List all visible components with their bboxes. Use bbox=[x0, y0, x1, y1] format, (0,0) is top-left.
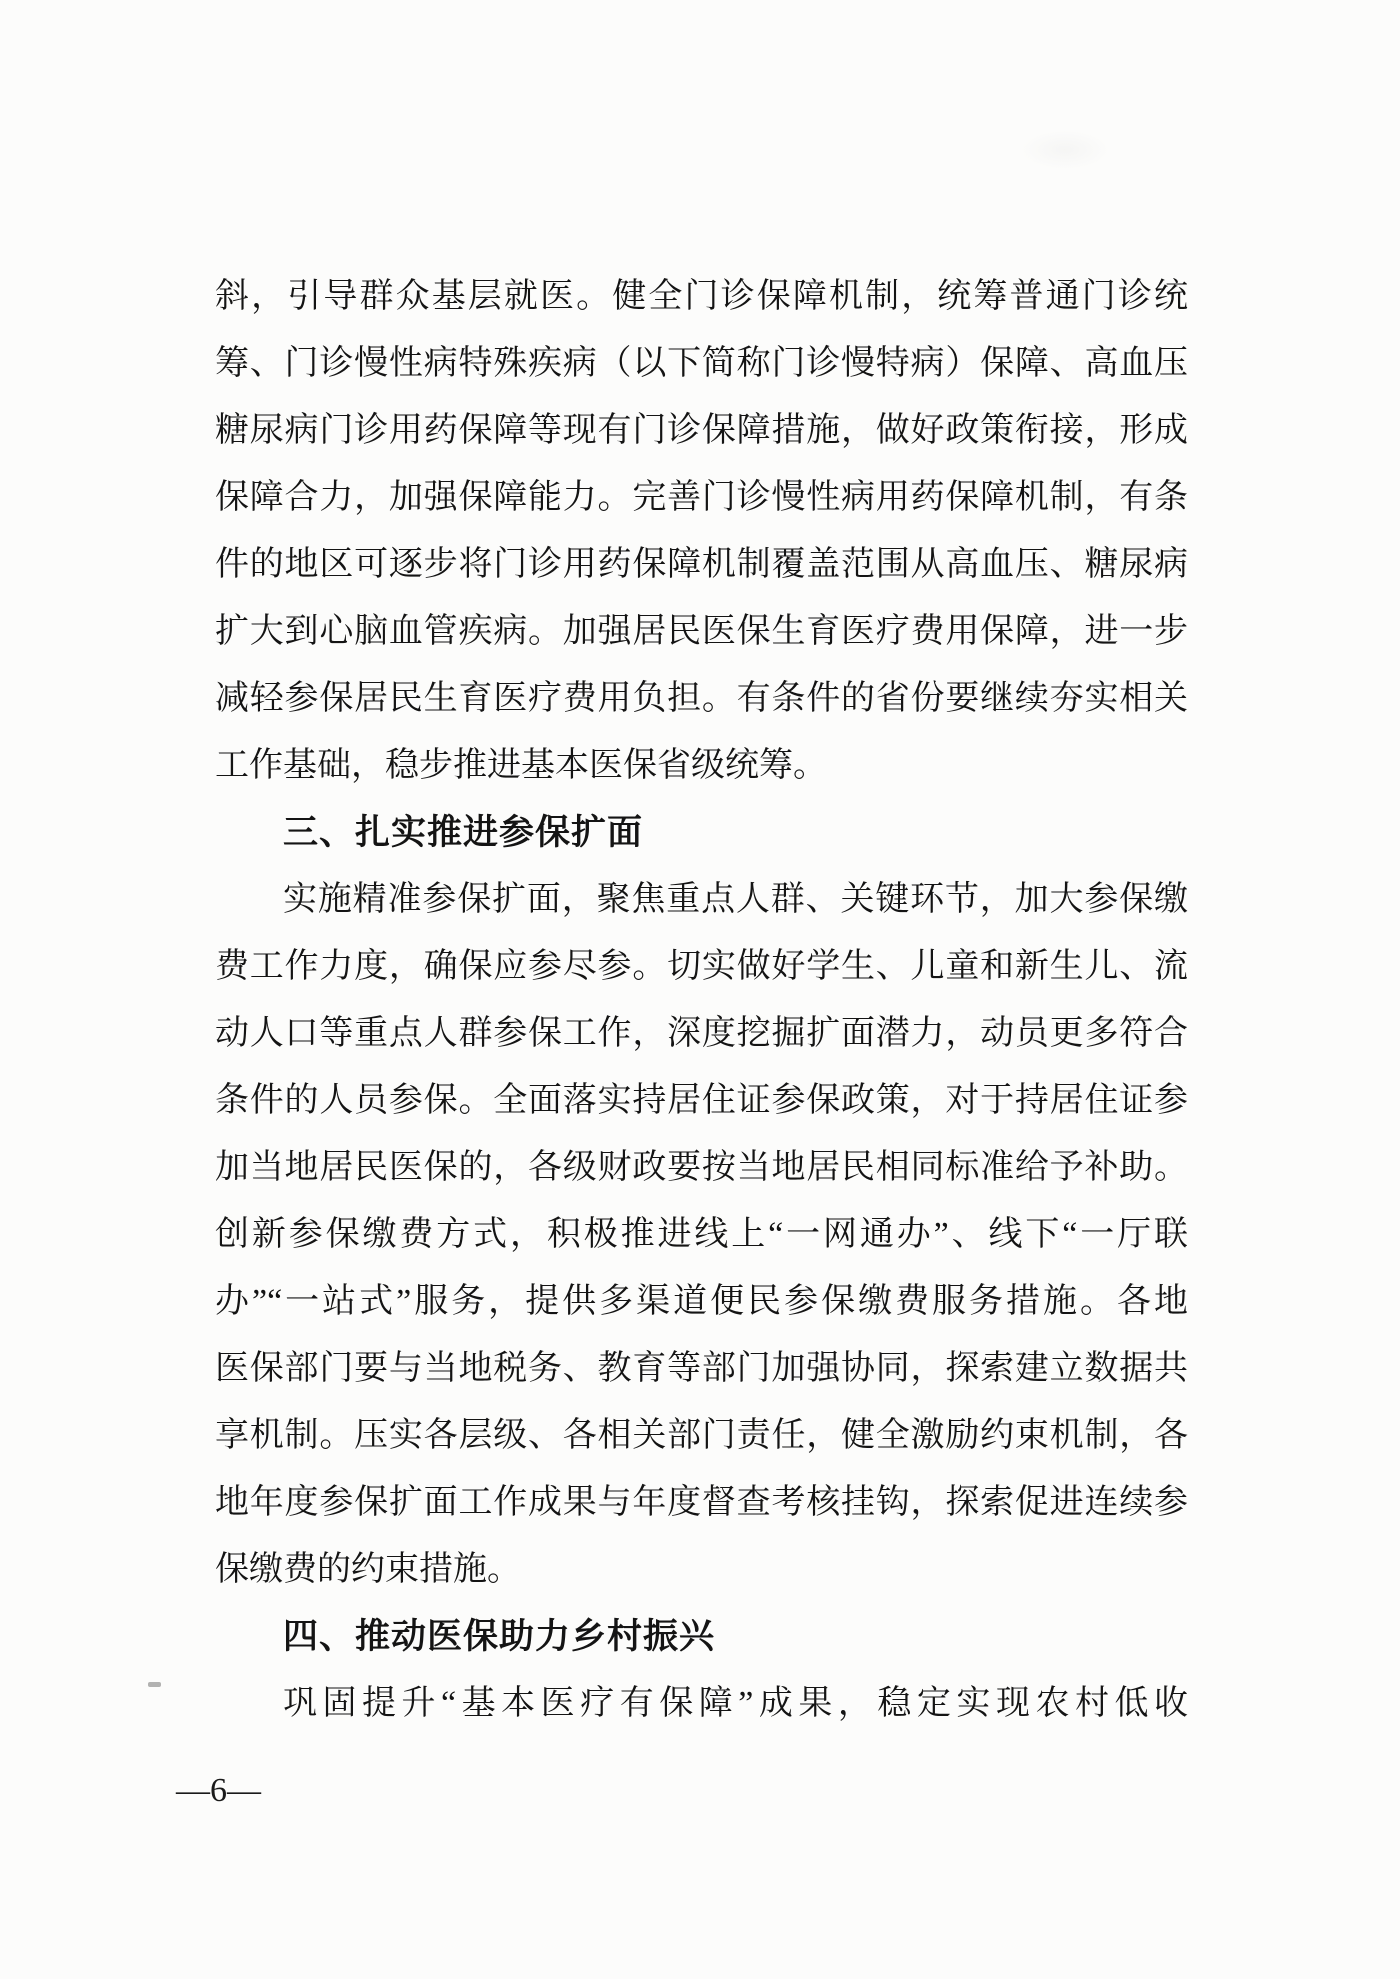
section-heading: 四、推动医保助力乡村振兴 bbox=[215, 1603, 1188, 1670]
body-text-line: 地年度参保扩面工作成果与年度督查考核挂钩，探索促进连续参 bbox=[215, 1469, 1188, 1536]
body-text-line: 扩大到心脑血管疾病。加强居民医保生育医疗费用保障，进一步 bbox=[215, 598, 1188, 665]
body-text-line: 享机制。压实各层级、各相关部门责任，健全激励约束机制，各 bbox=[215, 1402, 1188, 1469]
body-text-line: 糖尿病门诊用药保障等现有门诊保障措施，做好政策衔接，形成 bbox=[215, 397, 1188, 464]
body-text-line: 减轻参保居民生育医疗费用负担。有条件的省份要继续夯实相关 bbox=[215, 665, 1188, 732]
scanned-document-page: 斜，引导群众基层就医。健全门诊保障机制，统筹普通门诊统筹、门诊慢性病特殊疾病（以… bbox=[0, 0, 1400, 1979]
body-text-line: 斜，引导群众基层就医。健全门诊保障机制，统筹普通门诊统 bbox=[215, 263, 1188, 330]
body-text-line: 办”“一站式”服务，提供多渠道便民参保缴费服务措施。各地 bbox=[215, 1268, 1188, 1335]
document-body: 斜，引导群众基层就医。健全门诊保障机制，统筹普通门诊统筹、门诊慢性病特殊疾病（以… bbox=[215, 263, 1188, 1737]
body-text-line: 保障合力，加强保障能力。完善门诊慢性病用药保障机制，有条 bbox=[215, 464, 1188, 531]
body-text-line: 保缴费的约束措施。 bbox=[215, 1536, 1188, 1603]
page-number: —6— bbox=[176, 1770, 261, 1812]
body-text-line: 费工作力度，确保应参尽参。切实做好学生、儿童和新生儿、流 bbox=[215, 933, 1188, 1000]
scan-smudge-artifact bbox=[1020, 130, 1110, 170]
body-text-line: 动人口等重点人群参保工作，深度挖掘扩面潜力，动员更多符合 bbox=[215, 1000, 1188, 1067]
body-text-line: 条件的人员参保。全面落实持居住证参保政策，对于持居住证参 bbox=[215, 1067, 1188, 1134]
body-text-line: 件的地区可逐步将门诊用药保障机制覆盖范围从高血压、糖尿病 bbox=[215, 531, 1188, 598]
body-text-line: 筹、门诊慢性病特殊疾病（以下简称门诊慢特病）保障、高血压 bbox=[215, 330, 1188, 397]
body-text-line: 实施精准参保扩面，聚焦重点人群、关键环节，加大参保缴 bbox=[215, 866, 1188, 933]
section-heading: 三、扎实推进参保扩面 bbox=[215, 799, 1188, 866]
body-text-line: 创新参保缴费方式，积极推进线上“一网通办”、线下“一厅联 bbox=[215, 1201, 1188, 1268]
body-text-line: 工作基础，稳步推进基本医保省级统筹。 bbox=[215, 732, 1188, 799]
body-text-line: 加当地居民医保的，各级财政要按当地居民相同标准给予补助。 bbox=[215, 1134, 1188, 1201]
body-text-line: 巩固提升“基本医疗有保障”成果，稳定实现农村低收 bbox=[215, 1670, 1188, 1737]
body-text-line: 医保部门要与当地税务、教育等部门加强协同，探索建立数据共 bbox=[215, 1335, 1188, 1402]
scan-mark-artifact bbox=[148, 1682, 161, 1687]
